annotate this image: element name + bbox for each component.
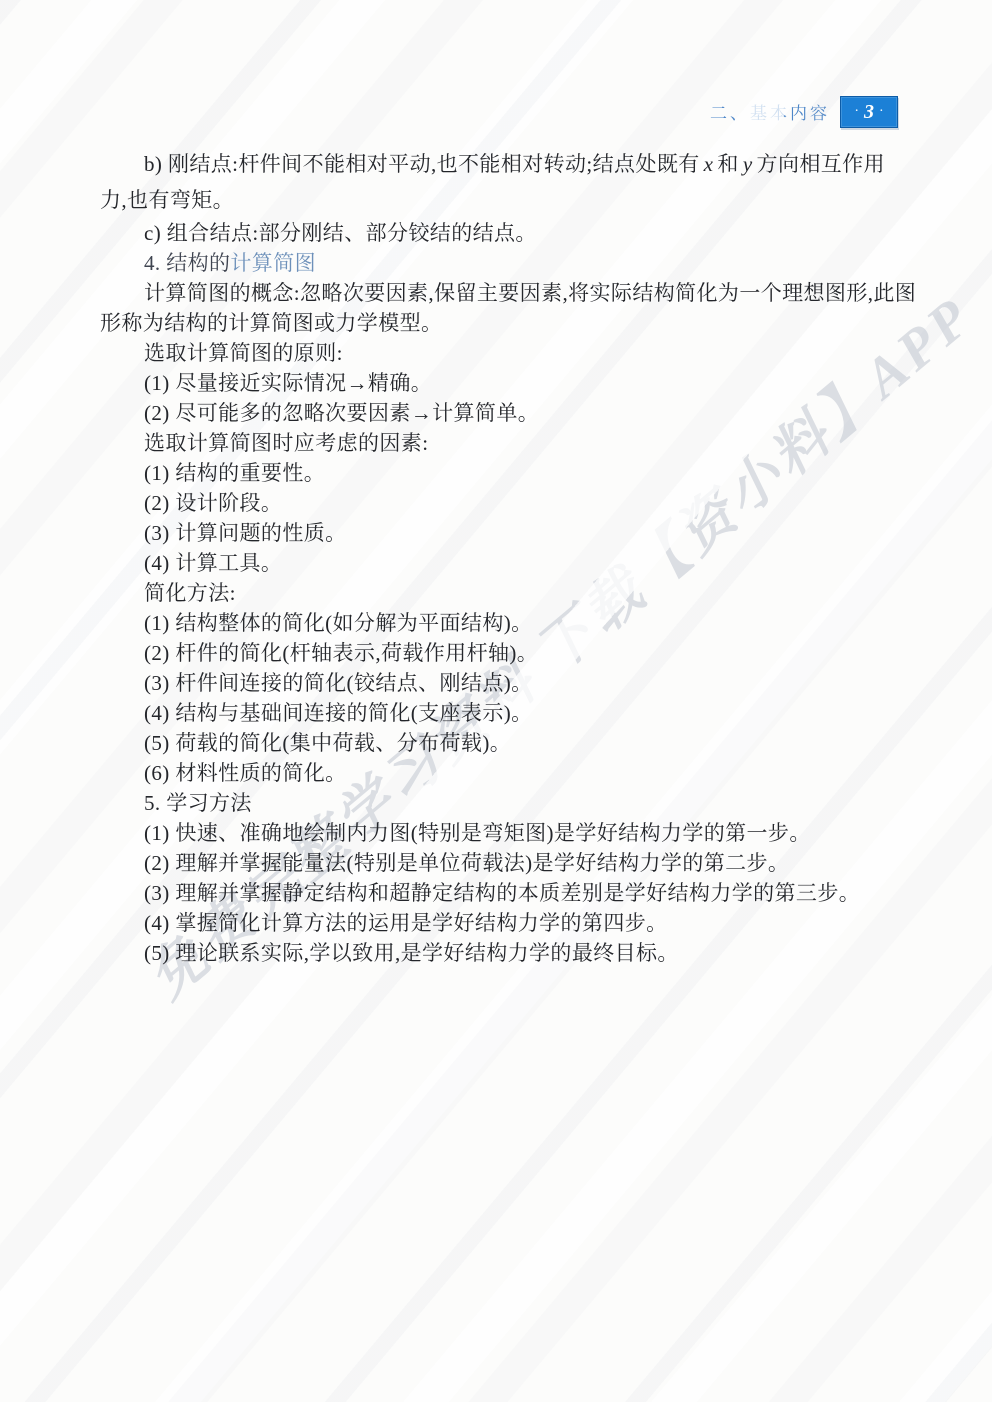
text-line: (1) 结构的重要性。 <box>100 458 896 488</box>
text-line: 简化方法: <box>100 578 896 608</box>
text-line: (5) 理论联系实际,学以致用,是学好结构力学的最终目标。 <box>100 938 896 968</box>
text-line: b) 刚结点:杆件间不能相对平动,也不能相对转动;结点处既有x和y方向相互作用 <box>100 146 896 182</box>
text-line: (4) 结构与基础间连接的简化(支座表示)。 <box>100 698 896 728</box>
page-number-badge: · 3 · <box>840 96 898 128</box>
heading-prefix: 4. 结构的 <box>144 251 230 275</box>
page-header: 二、基本内容 · 3 · <box>0 96 898 128</box>
text-line: 计算简图的概念:忽略次要因素,保留主要因素,将实际结构简化为一个理想图形,此图 <box>100 278 896 308</box>
text-line: (1) 快速、准确地绘制内力图(特别是弯矩图)是学好结构力学的第一步。 <box>100 818 896 848</box>
page-number: 3 <box>864 102 874 122</box>
text-line: (4) 掌握简化计算方法的运用是学好结构力学的第四步。 <box>100 908 896 938</box>
text-line: (1) 尽量接近实际情况→精确。 <box>100 368 896 398</box>
text-line: 力,也有弯矩。 <box>100 182 896 218</box>
text-line: (2) 设计阶段。 <box>100 488 896 518</box>
page-content: b) 刚结点:杆件间不能相对平动,也不能相对转动;结点处既有x和y方向相互作用 … <box>100 146 896 968</box>
text-line: (3) 杆件间连接的简化(铰结点、刚结点)。 <box>100 668 896 698</box>
text-line: 选取计算简图时应考虑的因素: <box>100 428 896 458</box>
math-var-x: x <box>700 152 718 176</box>
section-label: 二、基本内容 <box>710 99 830 126</box>
text-line: 形称为结构的计算简图或力学模型。 <box>100 308 896 338</box>
text-line: (3) 理解并掌握静定结构和超静定结构的本质差别是学好结构力学的第三步。 <box>100 878 896 908</box>
text-line: (4) 计算工具。 <box>100 548 896 578</box>
section-heading-5: 5. 学习方法 <box>100 788 896 818</box>
text-line: (1) 结构整体的简化(如分解为平面结构)。 <box>100 608 896 638</box>
text-line: (6) 材料性质的简化。 <box>100 758 896 788</box>
heading-title: 计算简图 <box>230 251 316 275</box>
line-text: b) 刚结点:杆件间不能相对平动,也不能相对转动;结点处既有 <box>144 152 700 176</box>
badge-right-dot: · <box>879 105 884 119</box>
math-var-y: y <box>739 152 757 176</box>
text-line: (2) 杆件的简化(杆轴表示,荷载作用杆轴)。 <box>100 638 896 668</box>
text-line: 选取计算简图的原则: <box>100 338 896 368</box>
scanned-textbook-page: 免费完整学习资料 下载【资小料】APP 二、基本内容 · 3 · b) 刚结点:… <box>0 0 992 1402</box>
line-text: 和 <box>717 152 738 176</box>
text-line: (2) 理解并掌握能量法(特别是单位荷载法)是学好结构力学的第二步。 <box>100 848 896 878</box>
text-line: (3) 计算问题的性质。 <box>100 518 896 548</box>
line-text: 方向相互作用 <box>757 152 885 176</box>
text-line: (2) 尽可能多的忽略次要因素→计算简单。 <box>100 398 896 428</box>
badge-left-dot: · <box>854 105 859 119</box>
text-line: c) 组合结点:部分刚结、部分铰结的结点。 <box>100 218 896 248</box>
text-line: (5) 荷载的简化(集中荷载、分布荷载)。 <box>100 728 896 758</box>
section-heading-4: 4. 结构的计算简图 <box>100 248 896 278</box>
